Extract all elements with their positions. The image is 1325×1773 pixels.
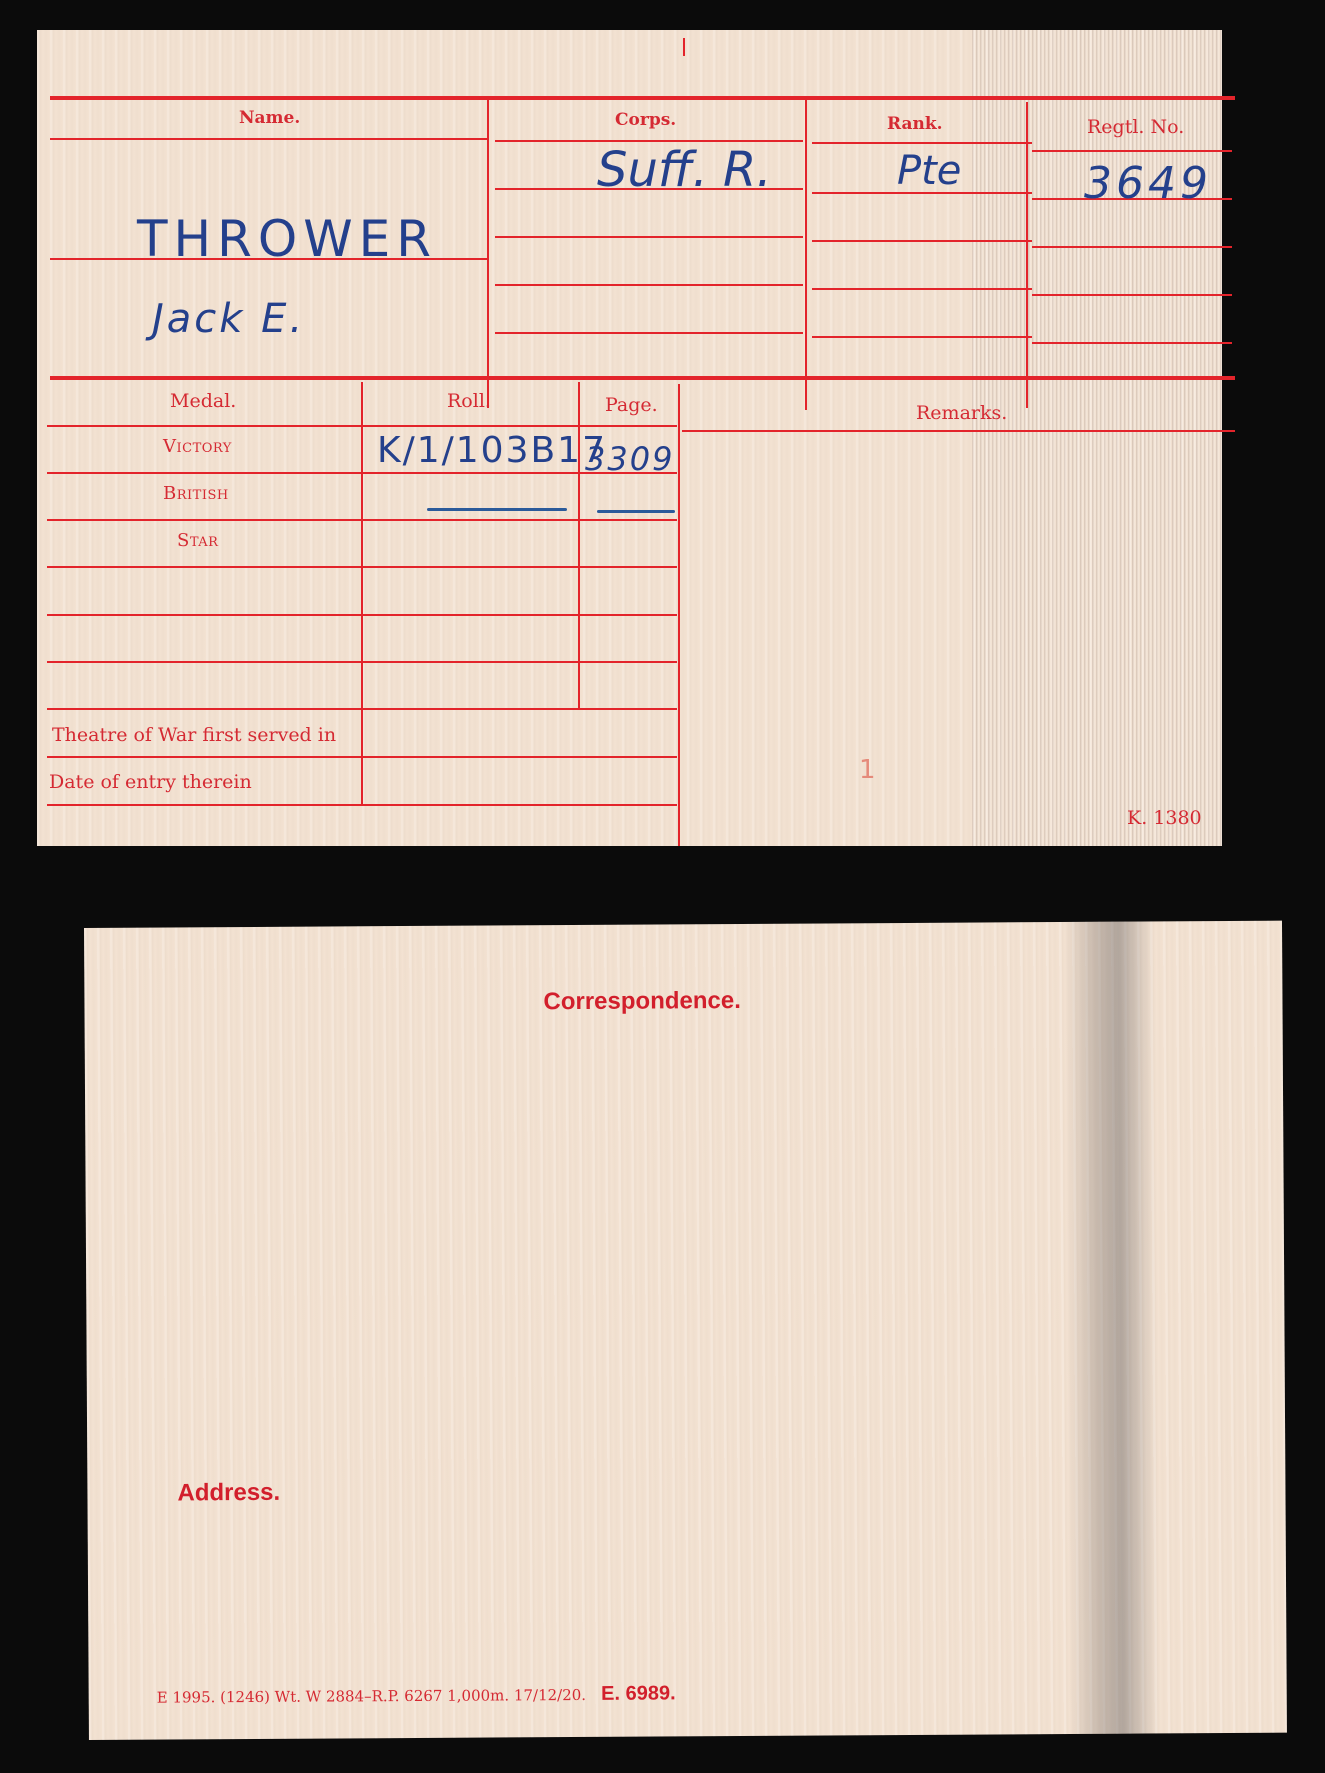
medal-index-card-back: Correspondence. Address. E 1995. (1246) … [84, 921, 1287, 1740]
regt-rule-1 [1032, 150, 1232, 152]
form-code-front: K. 1380 [1127, 807, 1202, 829]
page-header: Page. [605, 394, 658, 416]
name-header: Name. [239, 108, 300, 128]
medal-rule-5 [47, 614, 677, 616]
medal-rule-6 [47, 661, 677, 663]
divider-rank-regt [1026, 102, 1028, 408]
corps-header: Corps. [615, 110, 676, 130]
corps-rule-3 [495, 236, 803, 238]
medal-rule-7 [47, 708, 677, 710]
medal-header: Medal. [170, 390, 236, 412]
printer-imprint: E 1995. (1246) Wt. W 2884–R.P. 6267 1,00… [157, 1686, 586, 1707]
divider-name-corps [487, 98, 489, 408]
divider-page-remarks [678, 384, 680, 846]
top-tick-mark [683, 38, 685, 56]
scan-stripes [972, 30, 1222, 846]
rank-header: Rank. [887, 114, 943, 134]
regt-rule-4 [1032, 294, 1232, 296]
medal-rule-1 [47, 425, 677, 427]
medal-index-card-front: Name. THROWER Jack E. Corps. Suff. R. Ra… [37, 30, 1222, 846]
fold-shadow [1064, 921, 1159, 1734]
name-rule-1 [50, 138, 487, 140]
rank-rule-5 [812, 336, 1032, 338]
corps-rule-4 [495, 284, 803, 286]
medal-rule-2 [47, 472, 677, 474]
theatre-of-war-label: Theatre of War first served in [52, 724, 336, 746]
corps-rule-5 [495, 332, 803, 334]
roll-entry: K/1/103B17 [377, 430, 607, 471]
rank-entry: Pte [897, 148, 961, 194]
section-separator-rule [50, 376, 1235, 380]
page-ditto-line [597, 510, 675, 513]
page-entry: 3309 [585, 440, 674, 478]
divider-medal-roll [361, 382, 363, 806]
correspondence-heading: Correspondence. [543, 987, 741, 1016]
address-label: Address. [177, 1479, 280, 1508]
regt-rule-3 [1032, 246, 1232, 248]
regt-no-entry: 3649 [1084, 158, 1212, 209]
roll-header: Roll. [447, 390, 491, 412]
medal-rule-3 [47, 519, 677, 521]
pencil-mark: 1 [859, 755, 876, 785]
medal-row-british: British [163, 483, 229, 504]
imprint-line: E 1995. (1246) Wt. W 2884–R.P. 6267 1,00… [157, 1682, 676, 1708]
surname-entry: THROWER [137, 210, 437, 268]
form-code-back: E. 6989. [601, 1682, 676, 1704]
medal-rule-4 [47, 566, 677, 568]
rank-rule-1 [812, 142, 1032, 144]
medal-rule-8 [47, 756, 677, 758]
medal-row-star: Star [177, 530, 218, 551]
roll-ditto-line [427, 508, 567, 511]
remarks-header: Remarks. [916, 402, 1007, 424]
remarks-rule [682, 430, 1235, 432]
forenames-entry: Jack E. [152, 296, 305, 342]
top-rule [50, 96, 1235, 100]
regt-rule-5 [1032, 342, 1232, 344]
divider-corps-rank [805, 100, 807, 410]
regt-no-header: Regtl. No. [1087, 116, 1184, 138]
date-of-entry-label: Date of entry therein [49, 771, 252, 793]
corps-entry: Suff. R. [597, 142, 772, 198]
medal-row-victory: Victory [163, 436, 232, 457]
rank-rule-4 [812, 288, 1032, 290]
medal-rule-9 [47, 804, 677, 806]
rank-rule-3 [812, 240, 1032, 242]
